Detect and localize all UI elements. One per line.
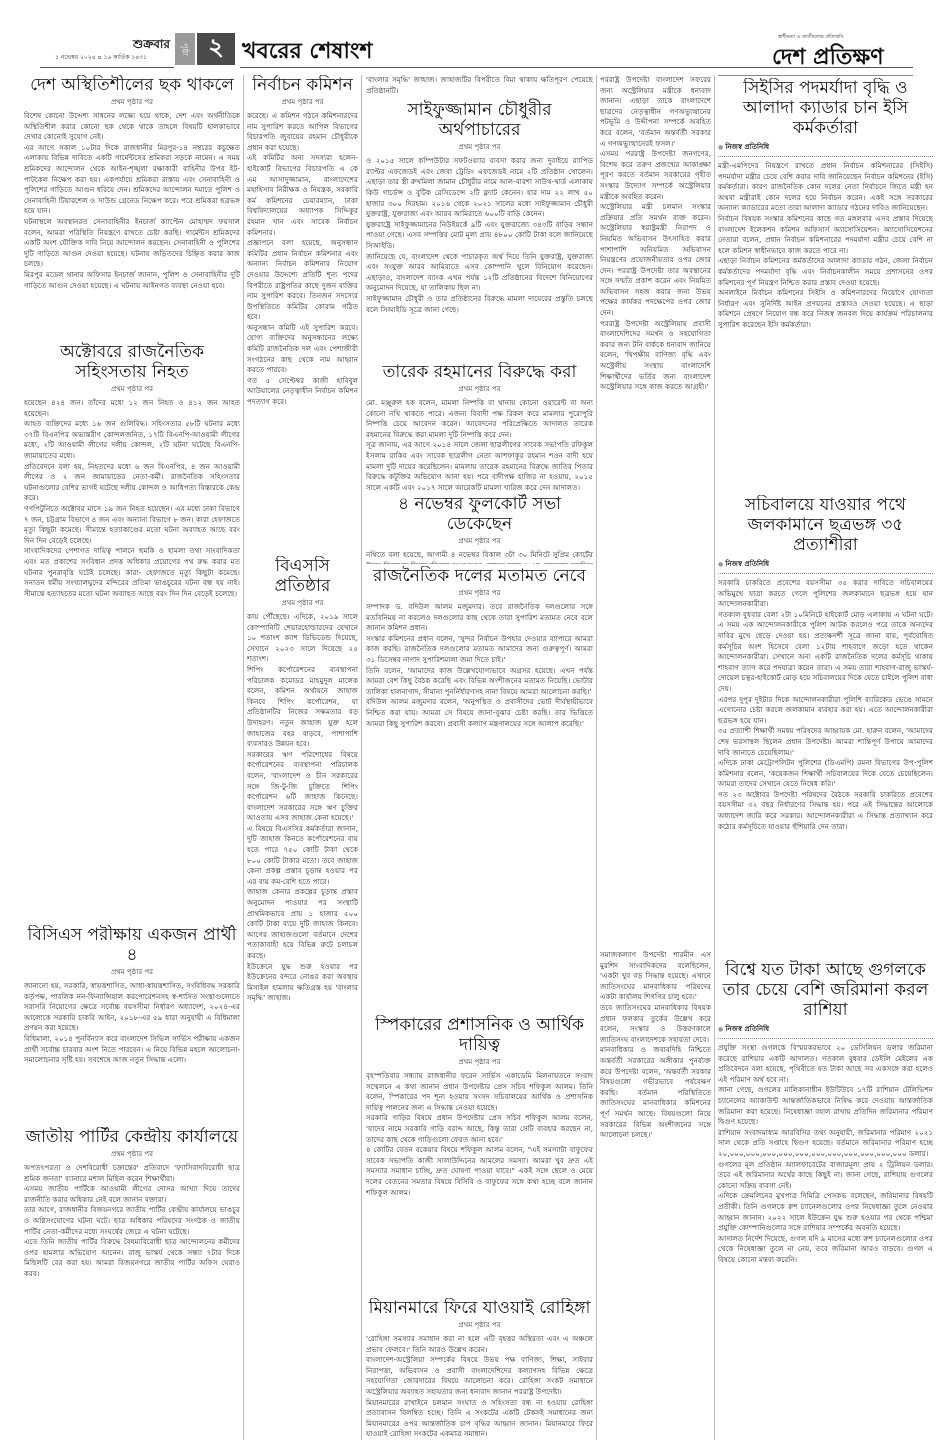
- article-paragraph: বিশেষ কোনো উদ্দেশ্য সাধনের লক্ষ্যে হয়ে …: [24, 111, 240, 143]
- byline: নিজস্ব প্রতিনিধি: [718, 141, 933, 153]
- article-bcs-exam: বিসিএস পরীক্ষায় একজন প্রার্থী ৪ প্রথম প…: [24, 925, 240, 1125]
- continued-label: প্রথম পৃষ্ঠার পর: [366, 1319, 593, 1331]
- article-fullcourt: ৪ নভেম্বর ফুলকোর্ট সভা ডেকেছেন প্রথম পৃষ…: [366, 494, 593, 564]
- article-saifuzzaman: 'বাংলার সমৃদ্ধি' জাহাজ। জাহাজটির বিপরীতে…: [366, 75, 593, 358]
- article-paragraph: নথিতে বলা হয়েছে, আগামী ৪ নভেম্বর বিকাল …: [366, 550, 593, 564]
- continued-label: প্রথম পৃষ্ঠার পর: [24, 966, 240, 978]
- article-paragraph: বিধিমালা, ২০১৪ পুনর্বিন্যাস করে বাংলাদেশ…: [24, 1034, 240, 1066]
- article-paragraph: সরকারের ঋণ পরিশোধের বিষয়ে কর্পোরেশনের ব…: [247, 750, 358, 824]
- article-paragraph: পররাষ্ট্র উপদেষ্টা বাংলাদেশ সফরের জন্য অ…: [600, 75, 711, 149]
- article-paragraph: এসময় জাতীয় পার্টিকে আওয়ামী লীগের দোসর…: [24, 1184, 240, 1205]
- brand-logo: দেশ প্রতিক্ষণ: [772, 40, 884, 77]
- article-lead: 'বাংলার সমৃদ্ধি' জাহাজ। জাহাজটির বিপরীতে…: [366, 75, 593, 96]
- article-paragraph: এতে তিনি জাতীয় পার্টির বিরুদ্ধে বৈষম্যব…: [24, 1237, 240, 1279]
- column-divider: [243, 75, 244, 1440]
- article-paragraph: বৃহস্পতিবার সন্ধ্যায় রাজধানীর ফরেন সার্…: [366, 1071, 593, 1113]
- article-australia-continued: পররাষ্ট্র উপদেষ্টা বাংলাদেশ সফরের জন্য অ…: [600, 75, 711, 945]
- article-paragraph: হয়েছেন ৪২৪ জন। তাঁদের মধ্যে ১২ জন নিহত …: [24, 398, 240, 419]
- continued-label: প্রথম পৃষ্ঠার পর: [24, 96, 240, 108]
- continued-label: প্রথম পৃষ্ঠার পর: [24, 1148, 240, 1160]
- column-divider: [714, 75, 715, 1440]
- headline: বিসিএস পরীক্ষায় একজন প্রার্থী ৪: [24, 925, 240, 965]
- issue-date: ১ নভেম্বর ২০২৪ ▫ ১৬ কার্তিক ১৪৩১: [55, 52, 147, 63]
- byline-separator: [718, 573, 933, 574]
- article-ec-officials: সিইসির পদমর্যাদা বৃদ্ধি ও আলাদা ক্যাডার …: [718, 78, 933, 488]
- article-paragraph: এছাড়া নির্বাচন কমিশনের কর্মকর্তাদের আলা…: [718, 256, 933, 288]
- headline: দেশ অস্থিতিশীলের ছক থাকলে: [24, 75, 240, 95]
- byline-separator: [718, 156, 933, 157]
- article-paragraph: এ বিষয়ে বিএসসির কর্মকর্তারা জানান, দুটি…: [247, 824, 358, 888]
- article-paragraph: মন্ত্রী-এমপিদের নিয়ন্ত্রণে রাখতে প্রধান…: [718, 161, 933, 214]
- article-paragraph: ও ২০১৫ সালে কম্পিউটার সফটওয়্যার ব্যবসা …: [366, 156, 593, 220]
- article-paragraph: এসময় পররাষ্ট্র উপদেষ্টা জনগণের, বিশেষ ক…: [600, 149, 711, 202]
- article-paragraph: যুক্তরাষ্ট্রে সাইফুজ্জামানের নিউইয়র্কে …: [366, 220, 593, 252]
- article-paragraph: সরকারি চাকরিতে প্রবেশের বয়সসীমা ৩৫ করার…: [718, 578, 933, 610]
- article-paragraph: সাইফুজ্জামান চৌধুরী ও তার প্রতিষ্ঠানের ব…: [366, 294, 593, 315]
- continued-label: প্রথম পৃষ্ঠার পর: [366, 587, 593, 599]
- article-paragraph: সরকারি গাড়ির বিষয়ে প্রধান উপদেষ্টার প্…: [366, 1113, 593, 1145]
- article-paragraph: অপতৎপরতা ও দেশবিরোধী চক্রান্তের' প্রতিবা…: [24, 1163, 240, 1184]
- headline: বিএসসি প্রতিষ্ঠার: [247, 556, 358, 596]
- article-paragraph: গুগলের মূল প্রতিষ্ঠান অ্যালফাবেটের বাজার…: [718, 1160, 933, 1192]
- article-speaker: স্পিকারের প্রশাসনিক ও আর্থিক দায়িত্ব প্…: [366, 1015, 593, 1295]
- article-paragraph: আহত ব্যক্তিদের মধ্যে ১৬ জন গুলিবিদ্ধ। সহ…: [24, 419, 240, 461]
- headline: নির্বাচন কমিশন: [247, 75, 358, 95]
- column-divider: [596, 75, 597, 1440]
- article-paragraph: তিনি বলেন, 'আমাদের কাজ উল্লেখযোগ্যভাবে অ…: [366, 666, 593, 698]
- article-economy-hook: দেশ অস্থিতিশীলের ছক থাকলে প্রথম পৃষ্ঠার …: [24, 75, 240, 335]
- article-paragraph: এদিকে ক্রেমলিনের মুখপাত্র দিমিত্রি পেসকভ…: [718, 1191, 933, 1233]
- headline: মিয়ানমারে ফিরে যাওয়াই রোহিঙ্গা: [366, 1298, 593, 1318]
- article-paragraph: সমাজকল্যাণ উপদেষ্টা শারমীন এস মুরশিদ সাং…: [600, 950, 711, 1003]
- article-paragraph: তার আগে, রাজধানীর বিজয়নগরে জাতীয় পার্ট…: [24, 1205, 240, 1237]
- section-title: খবরের শেষাংশ: [242, 34, 372, 71]
- headline: বিশ্বে যত টাকা আছে গুগলকে তার চেয়ে বেশি…: [718, 960, 933, 1020]
- continued-label: প্রথম পৃষ্ঠার পর: [366, 141, 593, 153]
- article-paragraph: গতকাল বুধবার বেলা ২টা ১০মিনিটে হাইকোর্ট …: [718, 610, 933, 695]
- headline: সাইফুজ্জামান চৌধুরীর অর্থপাচারের: [366, 100, 593, 140]
- page-number: ২: [197, 33, 235, 65]
- article-paragraph: অনুসন্ধান কমিটি এই সুপারিশ করবে। যোগ্য ব…: [247, 323, 358, 376]
- continued-label: প্রথম পৃষ্ঠার পর: [366, 535, 593, 547]
- continued-label: প্রথম পৃষ্ঠার পর: [24, 383, 240, 395]
- article-google-fine: বিশ্বে যত টাকা আছে গুগলকে তার চেয়ে বেশি…: [718, 960, 933, 1442]
- byline: নিজস্ব প্রতিনিধি: [718, 1023, 933, 1035]
- article-paragraph: ৪ কোটির বেতন বকেয়ার বিষয়ে শফিকুল আলম ব…: [366, 1145, 593, 1198]
- article-paragraph: অনলাইনে নির্বাচন কমিশনের সিইসি ও কমিশনার…: [718, 288, 933, 330]
- masthead-rule-left: [40, 67, 174, 68]
- article-paragraph: মো. মঞ্জুরুল হক বলেন, মামলা নিষ্পত্তি বা…: [366, 398, 593, 440]
- continued-label: প্রথম পৃষ্ঠার পর: [366, 1056, 593, 1068]
- article-paragraph: তবে জাতিসংঘের মানবাধিকার বিষয়ক প্রধান ফ…: [600, 1003, 711, 1045]
- continued-label: প্রথম পৃষ্ঠার পর: [247, 96, 358, 108]
- article-paragraph: শিপিং কর্পোরেশনের ব্যবস্থাপনা পরিচালক কম…: [247, 665, 358, 750]
- byline-separator: [718, 1038, 933, 1039]
- article-rohingya: মিয়ানমারে ফিরে যাওয়াই রোহিঙ্গা প্রথম প…: [366, 1298, 593, 1442]
- headline: অক্টোবরে রাজনৈতিক সহিংসতায় নিহত: [24, 342, 240, 382]
- headline: স্পিকারের প্রশাসনিক ও আর্থিক দায়িত্ব: [366, 1015, 593, 1055]
- headline: তারেক রহমানের বিরুদ্ধে করা: [366, 362, 593, 382]
- article-paragraph: মানবাধিকার ও জবাবদিহি নিশ্চিতে অন্তর্বর্…: [600, 1045, 711, 1140]
- article-paragraph: 'রোহিঙ্গা সমস্যার সমাধান করা না হলে এটি …: [366, 1334, 593, 1355]
- column-divider: [361, 75, 362, 1440]
- article-paragraph: জানানো হয়, সরকারি, স্বায়ত্তশাসিত, আধা-…: [24, 981, 240, 1034]
- headline: সচিবালয়ে যাওয়ার পথে জলকামানে ছত্রভঙ্গ …: [718, 495, 933, 555]
- headline: সিইসির পদমর্যাদা বৃদ্ধি ও আলাদা ক্যাডার …: [718, 78, 933, 138]
- article-election-commission: নির্বাচন কমিশন প্রথম পৃষ্ঠার পর করেছে। এ…: [247, 75, 358, 553]
- article-paragraph: এর আগে সকাল ১০টার দিকে রাজধানীর মিরপুর-১…: [24, 143, 240, 217]
- article-paragraph: প্রতিবেদনে বলা হয়, নিহতদের মধ্যে ৬ জন ব…: [24, 462, 240, 504]
- headline: ৪ নভেম্বর ফুলকোর্ট সভা ডেকেছেন: [366, 494, 593, 534]
- article-paragraph: মিয়ানমারের রাখাইনে চলমান সংঘাত ও সহিংসত…: [366, 1398, 593, 1440]
- article-political-parties: রাজনৈতিক দলের মতামত নেবে প্রথম পৃষ্ঠার প…: [366, 566, 593, 1010]
- article-paragraph: অস্ট্রেলিয়ার মন্ত্রী চলমান সংস্কার প্রক…: [600, 202, 711, 319]
- article-paragraph: প্রযুক্তি সংস্থা গুগলকে বিস্ময়করভাবে ২০…: [718, 1043, 933, 1085]
- article-paragraph: সাংবাদিকদের পেশাগত দায়িত্ব পালনে হুমকি …: [24, 546, 240, 599]
- article-paragraph: পররাষ্ট্র উপদেষ্টা অস্ট্রেলিয়ায় প্রবাস…: [600, 319, 711, 393]
- article-paragraph: সম্পাদক ড. বদিউল আলম মজুমদার। তবে রাজনৈত…: [366, 602, 593, 634]
- article-paragraph: কায় পৌঁছেছে। এদিকে, ২০১৯ সালে কোম্পানিট…: [247, 612, 358, 665]
- article-paragraph: বদিউল আলম মজুমদার বলেন, 'অনুপস্থিত ও প্র…: [366, 697, 593, 729]
- article-paragraph: নির্বাচন বিষয়ক সংস্কার কমিশনের কাছে গত …: [718, 214, 933, 256]
- article-paragraph: জানা গেছে, গুগলের মালিকানাধীন ইউটিউবে ১৭…: [718, 1085, 933, 1127]
- byline: নিজস্ব প্রতিনিধি: [718, 558, 933, 570]
- article-paragraph: ঘটনাস্থলে অবস্থানরত সেনাবাহিনীর ইনচার্জ …: [24, 217, 240, 270]
- article-paragraph: এরপর দুপুর দুইটার দিকে আন্দোলনকারীরা পুল…: [718, 695, 933, 727]
- article-paragraph: রাশিয়ান সংবাদমাধ্যম আরবিসির তথ্য অনুযায…: [718, 1128, 933, 1160]
- page-label: পৃষ্ঠা: [175, 33, 195, 65]
- section-rule: [718, 75, 913, 76]
- article-paragraph: সূত্র জানায়, এর আগে ২০১৪ সালে জেলা ছাত্…: [366, 440, 593, 490]
- article-paragraph: ইউক্রেনে যুদ্ধ শুরু হওয়ার পর ইউক্রেনের …: [247, 962, 358, 1004]
- article-paragraph: জানিয়েছে যে, বাংলাদেশ থেকে পাচারকৃত অর্…: [366, 252, 593, 294]
- headline: জাতীয় পার্টির কেন্দ্রীয় কার্যালয়ে: [24, 1127, 240, 1147]
- article-paragraph: বাংলাদেশ-অস্ট্রেলিয়া সম্পর্কের বিষয়ে উ…: [366, 1355, 593, 1397]
- article-paragraph: জাহাজ কেনার প্রকল্পের চূড়ান্ত প্রস্তাব …: [247, 887, 358, 961]
- headline: রাজনৈতিক দলের মতামত নেবে: [366, 566, 593, 586]
- article-paragraph: গত ৫ সেপ্টেম্বর কাজী হাবিবুল আউয়ালের নে…: [247, 376, 358, 408]
- article-paragraph: সংস্কার কমিশনের প্রধান বলেন, 'সুন্দর নির…: [366, 634, 593, 666]
- article-political-violence: অক্টোবরে রাজনৈতিক সহিংসতায় নিহত প্রথম প…: [24, 342, 240, 922]
- continued-label: প্রথম পৃষ্ঠার পর: [247, 597, 358, 609]
- article-bsc: বিএসসি প্রতিষ্ঠার প্রথম পৃষ্ঠার পর কায় …: [247, 556, 358, 1442]
- article-paragraph: এই কমিটির অন্য সদস্যরা হলেন- হাইকোর্ট বি…: [247, 153, 358, 238]
- article-paragraph: মিরপুর মডেল থানার অফিসার ইনচার্জ জানান, …: [24, 270, 240, 291]
- article-un-office-continued: সমাজকল্যাণ উপদেষ্টা শারমীন এস মুরশিদ সাং…: [600, 950, 711, 1442]
- article-paragraph: গত ২৩ অক্টোবর উপদেষ্টা পরিষদের বৈঠকে সরক…: [718, 790, 933, 832]
- article-paragraph: গণপিটুনিতে অক্টোবর মাসে ১৯ জন নিহত হয়েছ…: [24, 504, 240, 546]
- article-jatiya-party: জাতীয় পার্টির কেন্দ্রীয় কার্যালয়ে প্র…: [24, 1127, 240, 1442]
- article-secretariat-protest: সচিবালয়ে যাওয়ার পথে জলকামানে ছত্রভঙ্গ …: [718, 495, 933, 955]
- article-paragraph: আদালত নির্দেশ দিয়েছে, গুগল যদি ৯ মাসের …: [718, 1234, 933, 1266]
- article-paragraph: এদিকে ঢাকা মেট্রোপলিটন পুলিশের (ডিএমপি) …: [718, 758, 933, 790]
- continued-label: প্রথম পৃষ্ঠার পর: [366, 383, 593, 395]
- article-paragraph: প্রজ্ঞাপনে বলা হয়েছে, অনুসন্ধান কমিটির …: [247, 238, 358, 323]
- article-tarique: তারেক রহমানের বিরুদ্ধে করা প্রথম পৃষ্ঠার…: [366, 362, 593, 490]
- article-paragraph: ৩৫ প্রত্যাশী শিক্ষার্থী সমন্বয় পরিষদের …: [718, 726, 933, 758]
- masthead: শুক্রবার ১ নভেম্বর ২০২৪ ▫ ১৬ কার্তিক ১৪৩…: [0, 0, 945, 70]
- article-paragraph: করেছে। এ কমিশন গঠনে কমিশনারদের নাম সুপার…: [247, 111, 358, 153]
